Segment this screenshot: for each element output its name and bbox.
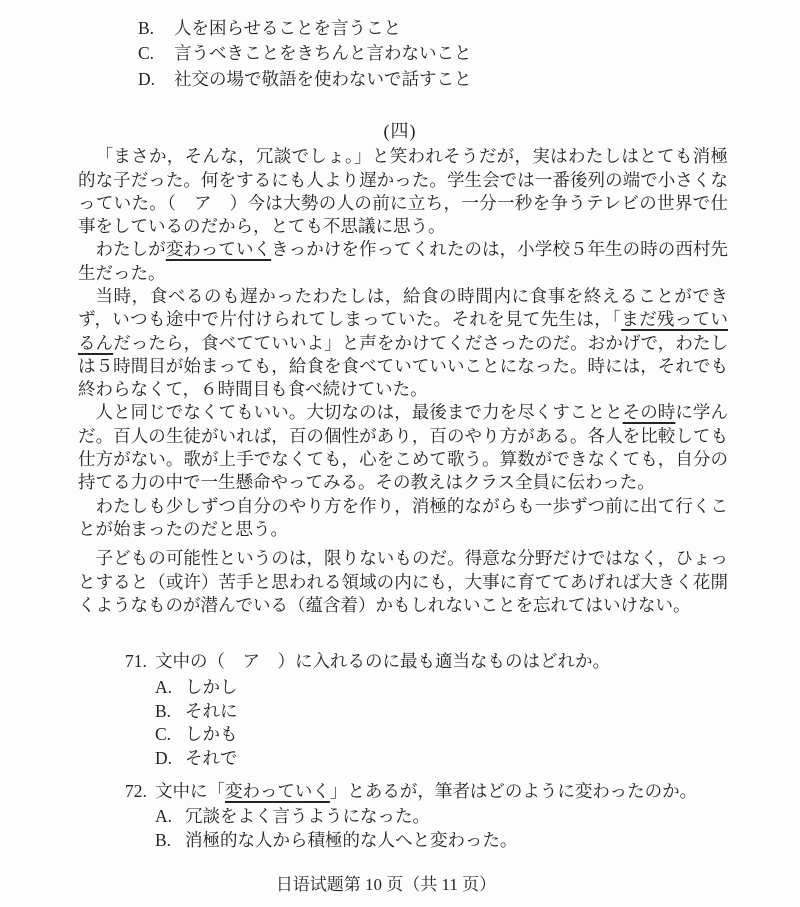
- option-text: 冗談をよく言うようになった。: [185, 806, 430, 826]
- option-label: B.: [138, 16, 174, 41]
- option-text: 人を困らせることを言うこと: [174, 18, 401, 38]
- question-72: 72.文中に「変わっていく」とあるが，筆者はどのように変わったのか。 A.冗談を…: [0, 780, 800, 853]
- option-text: しかも: [185, 724, 238, 744]
- reading-passage: 「まさか，そんな，冗談でしょ。」と笑われそうだが，実はわたしはとても消極的な子だ…: [0, 143, 800, 617]
- option-row: B.それに: [155, 700, 800, 724]
- underlined-phrase: 変わっていく: [166, 239, 271, 259]
- option-text: 消極的な人から積極的な人へと変わった。: [185, 830, 517, 850]
- questions-block: 71.文中の（ ア ）に入れるのに最も適当なものはどれか。 A.しかし B.それ…: [0, 650, 800, 853]
- option-label: D.: [138, 67, 174, 92]
- option-label: B.: [155, 829, 185, 853]
- question-number: 71.: [125, 650, 155, 674]
- question-line: 71.文中の（ ア ）に入れるのに最も適当なものはどれか。: [125, 650, 800, 674]
- page-footer: 日语试题第 10 页（共 11 页）: [0, 874, 786, 896]
- passage-text: わたしも少しずつ自分のやり方を作り，消極的ながらも一歩ずつ前に出て行くことが始ま…: [78, 496, 728, 539]
- option-label: A.: [155, 676, 185, 700]
- question-options: A.冗談をよく言うようになった。 B.消極的な人から積極的な人へと変わった。: [125, 805, 800, 852]
- passage-text: わたしが: [96, 239, 166, 259]
- option-label: B.: [155, 700, 185, 724]
- quoted-underlined-phrase: 変わっていく: [225, 781, 330, 801]
- passage-text: 子どもの可能性というのは，限りないものだ。得意な分野だけではなく，ひょっとすると…: [78, 548, 728, 615]
- exam-page: B.人を困らせることを言うこと C.言うべきことをきちんと言わないこと D.社交…: [0, 0, 800, 907]
- option-label: D.: [155, 747, 185, 771]
- question-number: 72.: [125, 780, 155, 804]
- section-heading: (四): [0, 119, 800, 143]
- passage-paragraph: わたしが変わっていくきっかけを作ってくれたのは，小学校５年生の時の西村先生だった…: [78, 238, 728, 285]
- option-row: A.冗談をよく言うようになった。: [155, 805, 800, 829]
- question-line: 72.文中に「変わっていく」とあるが，筆者はどのように変わったのか。: [125, 780, 800, 804]
- option-row: D.社交の場で敬語を使わないで話すこと: [138, 67, 800, 92]
- passage-text: 人と同じでなくてもいい。大切なのは，最後まで力を尽くすことと: [96, 402, 623, 422]
- question-options: A.しかし B.それに C.しかも D.それで: [125, 676, 800, 771]
- question-text: 文中に「: [155, 781, 225, 801]
- option-label: C.: [138, 41, 174, 66]
- previous-question-options: B.人を困らせることを言うこと C.言うべきことをきちんと言わないこと D.社交…: [0, 0, 800, 92]
- option-row: B.消極的な人から積極的な人へと変わった。: [155, 829, 800, 853]
- option-text: それに: [185, 701, 238, 721]
- option-row: A.しかし: [155, 676, 800, 700]
- passage-paragraph: わたしも少しずつ自分のやり方を作り，消極的ながらも一歩ずつ前に出て行くことが始ま…: [78, 495, 728, 542]
- option-text: しかし: [185, 677, 238, 697]
- option-text: 社交の場で敬語を使わないで話すこと: [174, 69, 472, 89]
- option-row: B.人を困らせることを言うこと: [138, 16, 800, 41]
- passage-paragraph: 「まさか，そんな，冗談でしょ。」と笑われそうだが，実はわたしはとても消極的な子だ…: [78, 145, 728, 238]
- option-label: C.: [155, 723, 185, 747]
- passage-paragraph: 当時，食べるのも遅かったわたしは，給食の時間内に食事を終えることができず，いつも…: [78, 285, 728, 401]
- question-text: 文中の（ ア ）に入れるのに最も適当なものはどれか。: [155, 651, 610, 671]
- passage-paragraph: 子どもの可能性というのは，限りないものだ。得意な分野だけではなく，ひょっとすると…: [78, 547, 728, 617]
- option-row: C.しかも: [155, 723, 800, 747]
- option-row: D.それで: [155, 747, 800, 771]
- question-71: 71.文中の（ ア ）に入れるのに最も適当なものはどれか。 A.しかし B.それ…: [0, 650, 800, 771]
- option-text: 言うべきことをきちんと言わないこと: [174, 43, 472, 63]
- passage-paragraph: 人と同じでなくてもいい。大切なのは，最後まで力を尽くすこととその時に学んだ。百人…: [78, 401, 728, 494]
- passage-text: 「まさか，そんな，冗談でしょ。」と笑われそうだが，実はわたしはとても消極的な子だ…: [78, 146, 728, 236]
- option-label: A.: [155, 805, 185, 829]
- option-row: C.言うべきことをきちんと言わないこと: [138, 41, 800, 66]
- option-text: それで: [185, 748, 238, 768]
- underlined-phrase: その時: [623, 402, 676, 422]
- question-text: 」とあるが，筆者はどのように変わったのか。: [330, 781, 697, 801]
- passage-text: だったら，食べてていいよ」と声をかけてくださったのだ。おかげで，わたしは５時間目…: [78, 333, 728, 400]
